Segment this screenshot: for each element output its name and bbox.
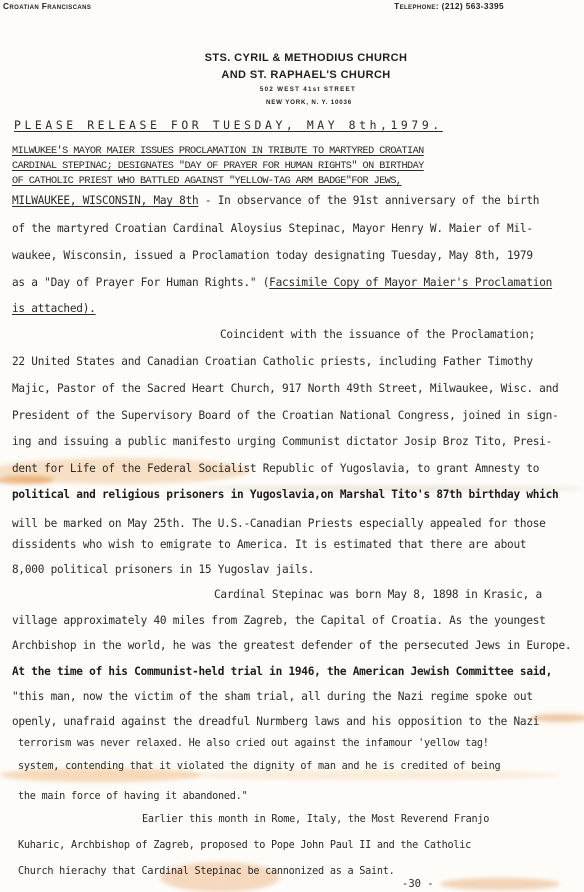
body-line: ing and issuing a public manifesto urgin… xyxy=(12,435,552,448)
attachment-note: is attached). xyxy=(12,302,96,315)
letterhead-org-left: Croatian Franciscans xyxy=(3,1,91,11)
body-line: as a "Day of Prayer For Human Rights." (… xyxy=(12,276,552,289)
headline-line: MILWUKEE'S MAYOR MAIER ISSUES PROCLAMATI… xyxy=(12,146,424,157)
body-line: political and religious prisoners in Yug… xyxy=(12,488,558,501)
body-line: Cardinal Stepinac was born May 8, 1898 i… xyxy=(214,588,542,601)
body-line: Archbishop in the world, he was the grea… xyxy=(12,639,571,652)
headline-line: OF CATHOLIC PRIEST WHO BATTLED AGAINST "… xyxy=(12,176,401,187)
tape-stain xyxy=(440,878,560,890)
body-line: the main force of having it abandoned." xyxy=(18,791,247,802)
press-release-page: Croatian Franciscans Telephone: (212) 56… xyxy=(0,0,584,892)
headline-line: CARDINAL STEPINAC; DESIGNATES "DAY OF PR… xyxy=(12,161,424,172)
body-line: dissidents who wish to emigrate to Ameri… xyxy=(12,538,526,551)
body-line: MILWAUKEE, WISCONSIN, May 8th - In obser… xyxy=(12,194,539,207)
body-line: Earlier this month in Rome, Italy, the M… xyxy=(142,814,489,825)
church-name-line2: AND ST. RAPHAEL'S CHURCH xyxy=(0,69,584,81)
body-line: openly, unafraid against the dreadful Nu… xyxy=(12,715,539,728)
body-line: dent for Life of the Federal Socialist R… xyxy=(12,462,539,475)
body-line: system, contending that it violated the … xyxy=(18,761,500,772)
body-line: Majic, Pastor of the Sacred Heart Church… xyxy=(12,382,558,395)
body-line: 22 United States and Canadian Croatian C… xyxy=(12,355,533,368)
body-line: Kuharic, Archbishop of Zagreb, proposed … xyxy=(18,840,471,851)
address-line1: 502 WEST 41st STREET xyxy=(0,86,584,93)
body-line: Coincident with the issuance of the Proc… xyxy=(220,328,535,341)
release-line: PLEASE RELEASE FOR TUESDAY, MAY 8th,1979… xyxy=(14,118,443,132)
end-mark: -30 - xyxy=(402,878,434,890)
attachment-note: Facsimile Copy of Mayor Maier's Proclama… xyxy=(269,276,552,289)
body-line: Church hierachy that Cardinal Stepinac b… xyxy=(18,866,395,877)
tape-stain xyxy=(0,476,54,484)
body-line: village approximately 40 miles from Zagr… xyxy=(12,614,546,627)
body-line: waukee, Wisconsin, issued a Proclamation… xyxy=(12,249,533,262)
address-line2: NEW YORK, N. Y. 10036 xyxy=(0,99,584,106)
body-line: of the martyred Croatian Cardinal Aloysi… xyxy=(12,222,533,235)
body-line: "this man, now the victim of the sham tr… xyxy=(12,690,533,703)
body-line: 8,000 political prisoners in 15 Yugoslav… xyxy=(12,563,314,576)
church-name-line1: STS. CYRIL & METHODIUS CHURCH xyxy=(0,52,584,64)
letterhead-telephone: Telephone: (212) 563-3395 xyxy=(394,1,504,11)
body-line: will be marked on May 25th. The U.S.-Can… xyxy=(12,517,546,530)
body-line: President of the Supervisory Board of th… xyxy=(12,409,558,422)
body-line: At the time of his Communist-held trial … xyxy=(12,665,552,678)
dateline: MILWAUKEE, WISCONSIN, May 8th xyxy=(12,194,198,207)
body-line: terrorism was never relaxed. He also cri… xyxy=(18,738,489,749)
